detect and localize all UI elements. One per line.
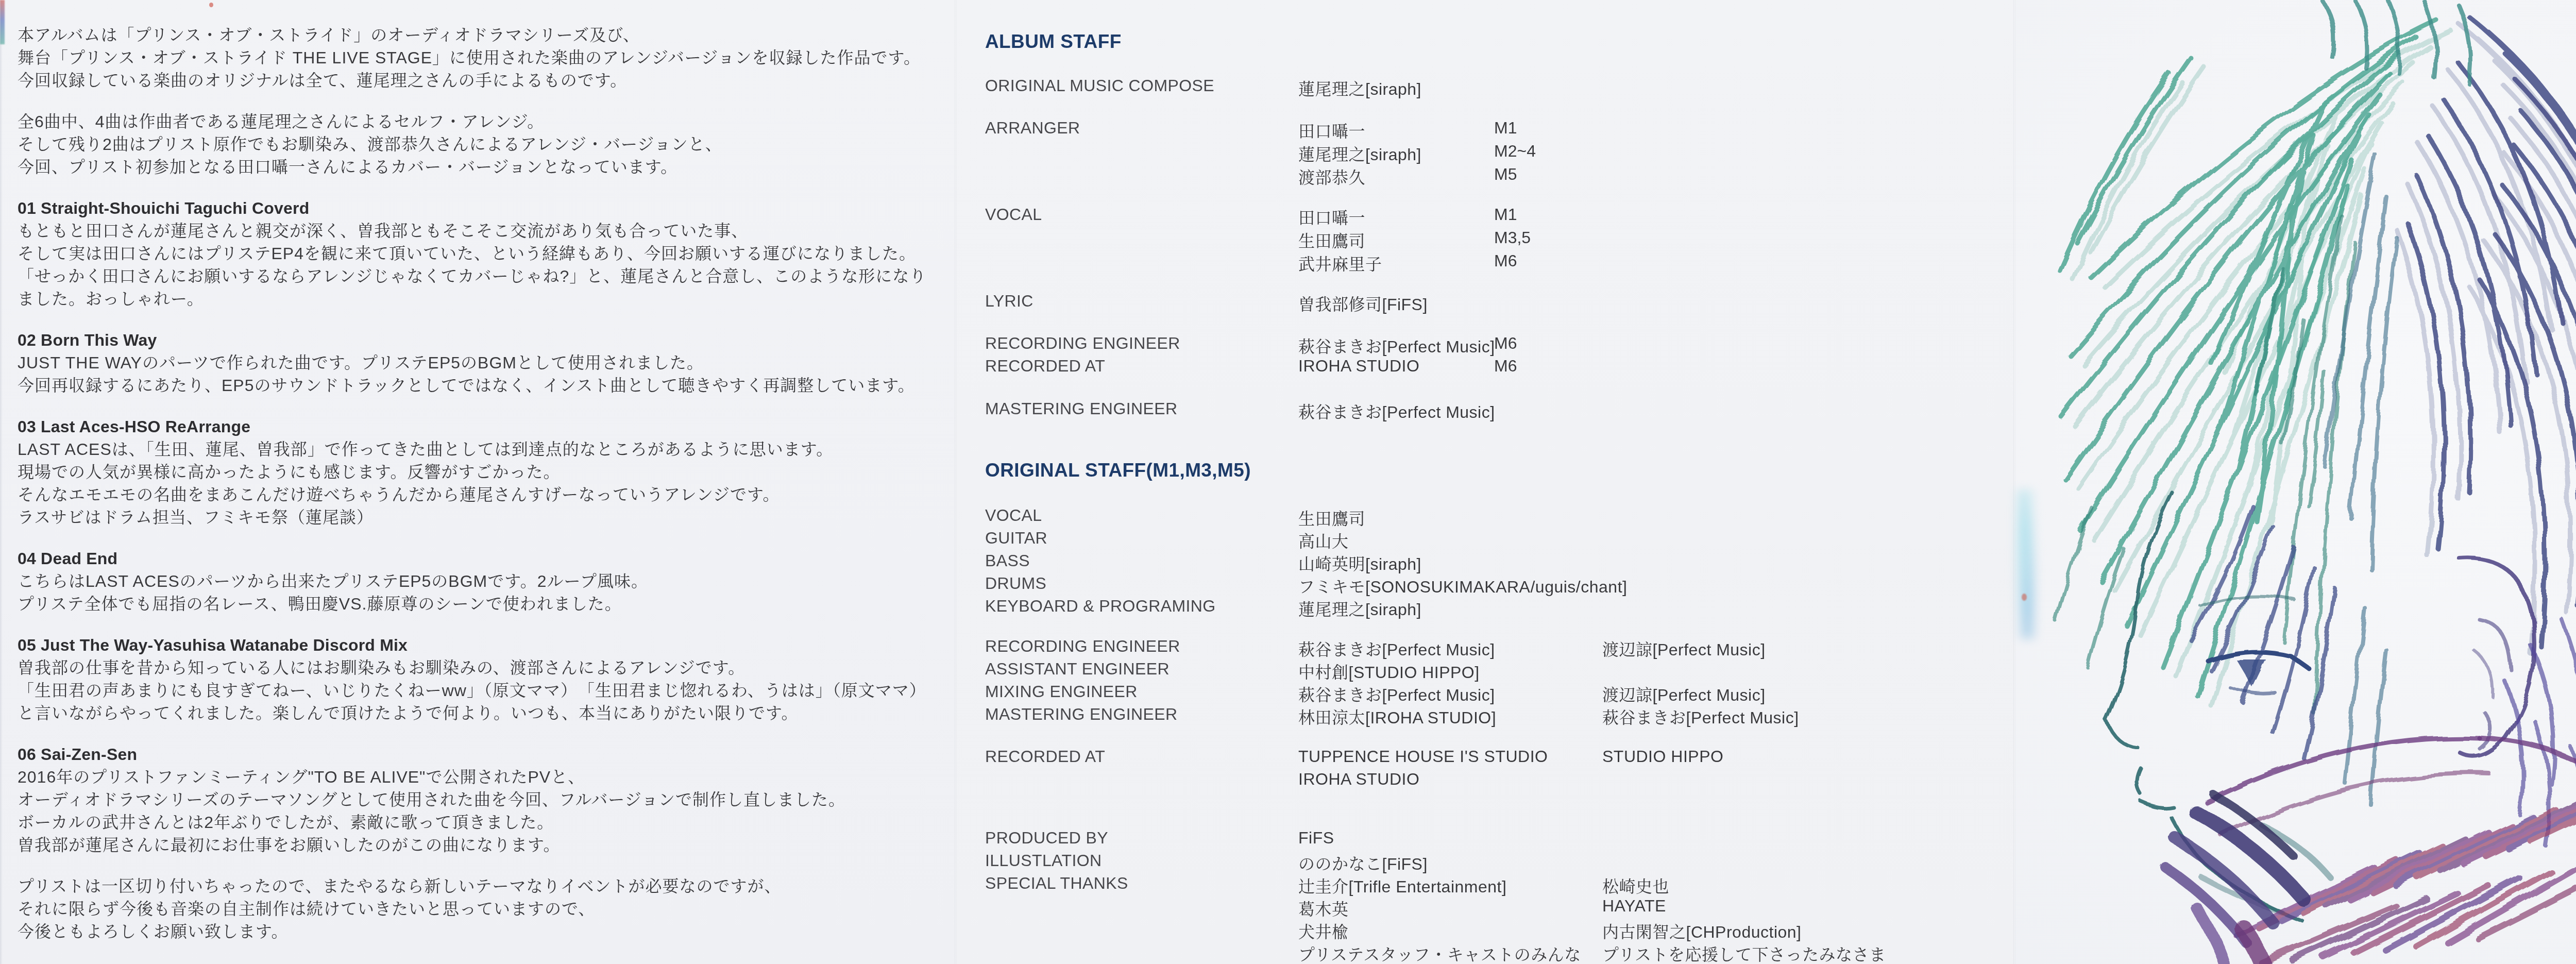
liner-paragraph: 06 Sai-Zen-Sen2016年のプリストファンミーティング"TO BE … bbox=[18, 743, 935, 856]
credit-row: VOCAL田口囁一M1 bbox=[956, 205, 2014, 228]
booklet-scan: 本アルバムは「プリンス・オブ・ストライド」のオーディオドラマシリーズ及び、舞台「… bbox=[0, 0, 2576, 964]
credit-name-secondary: STUDIO HIPPO bbox=[1602, 747, 1723, 766]
liner-line: 今回、プリスト初参加となる田口囁一さんによるカバー・バージョンとなっています。 bbox=[18, 156, 935, 178]
liner-paragraph: 本アルバムは「プリンス・オブ・ストライド」のオーディオドラマシリーズ及び、舞台「… bbox=[18, 24, 935, 92]
liner-notes-text: 本アルバムは「プリンス・オブ・ストライド」のオーディオドラマシリーズ及び、舞台「… bbox=[18, 24, 935, 961]
credit-name: 生田鷹司 bbox=[1298, 228, 1365, 252]
track-title: 04 Dead End bbox=[18, 547, 935, 570]
credit-name: 蓮尾理之[siraph] bbox=[1298, 597, 1421, 620]
credit-track-note: M6 bbox=[1494, 357, 1517, 376]
liner-line: 曽我部が蓮尾さんに最初にお仕事をお願いしたのがこの曲になります。 bbox=[18, 834, 935, 856]
liner-line: 曽我部の仕事を昔から知っている人にはお馴染みもお馴染みの、渡部さんによるアレンジ… bbox=[18, 656, 935, 679]
credit-name: 山崎英明[siraph] bbox=[1298, 551, 1421, 575]
credit-row: IROHA STUDIO bbox=[956, 770, 2014, 792]
liner-line: そして残り2曲はプリスト原作でもお馴染み、渡部恭久さんによるアレンジ・バージョン… bbox=[18, 133, 935, 156]
liner-line: ラスサビはドラム担当、フミキモ祭（蓮尾談） bbox=[18, 506, 935, 529]
credit-track-note: M5 bbox=[1494, 165, 1517, 184]
liner-line: プリストは一区切り付いちゃったので、またやるなら新しいテーマなりイベントが必要な… bbox=[18, 875, 935, 898]
liner-paragraph: 02 Born This WayJUST THE WAYのパーツで作られた曲です… bbox=[18, 329, 935, 397]
credit-name: 萩谷まきお[Perfect Music] bbox=[1298, 637, 1495, 661]
liner-line: 「生田君の声あまりにも良すぎてねー、いじりたくねーww」（原文ママ） 「生田君ま… bbox=[18, 679, 935, 702]
credit-name: 武井麻里子 bbox=[1298, 251, 1382, 275]
fold-crease-right bbox=[2013, 0, 2015, 964]
credit-name: 田口囁一 bbox=[1298, 205, 1365, 229]
track-title: 03 Last Aces-HSO ReArrange bbox=[18, 415, 935, 438]
credit-name: 生田鷹司 bbox=[1298, 506, 1365, 530]
liner-paragraph: 05 Just The Way-Yasuhisa Watanabe Discor… bbox=[18, 634, 935, 724]
liner-line: 今回収録している楽曲のオリジナルは全て、蓮尾理之さんの手によるものです。 bbox=[18, 69, 935, 92]
credit-row: MASTERING ENGINEER林田涼太[IROHA STUDIO]萩谷まき… bbox=[956, 705, 2014, 728]
liner-paragraph: プリストは一区切り付いちゃったので、またやるなら新しいテーマなりイベントが必要な… bbox=[18, 875, 935, 943]
credit-row: MASTERING ENGINEER萩谷まきお[Perfect Music] bbox=[956, 399, 2014, 422]
liner-line: 今回再収録するにあたり、EP5のサウンドトラックとしてではなく、インスト曲として… bbox=[18, 374, 935, 397]
liner-paragraph: 全6曲中、4曲は作曲者である蓮尾理之さんによるセルフ・アレンジ。そして残り2曲は… bbox=[18, 110, 935, 178]
scan-speck bbox=[209, 3, 213, 7]
credit-row: MIXING ENGINEER萩谷まきお[Perfect Music]渡辺諒[P… bbox=[956, 682, 2014, 705]
credit-name: ののかなこ[FiFS] bbox=[1298, 851, 1428, 875]
credit-name: 犬井楡 bbox=[1298, 919, 1349, 943]
credit-row: DRUMSフミキモ[SONOSUKIMAKARA/uguis/chant] bbox=[956, 574, 2014, 597]
credit-label: MIXING ENGINEER bbox=[985, 682, 1138, 701]
credit-track-note: M1 bbox=[1494, 205, 1517, 224]
credit-row: RECORDED ATIROHA STUDIOM6 bbox=[956, 357, 2014, 379]
credit-name-secondary: 内古閑智之[CHProduction] bbox=[1602, 919, 1802, 943]
scan-speck bbox=[2022, 594, 2027, 601]
credit-row: GUITAR高山大 bbox=[956, 529, 2014, 551]
credit-label: ARRANGER bbox=[985, 119, 1080, 138]
credit-name-secondary: プリストを応援して下さったみなさま bbox=[1602, 942, 1886, 964]
credit-name: TUPPENCE HOUSE I'S STUDIO bbox=[1298, 747, 1548, 766]
credit-row: ASSISTANT ENGINEER中村創[STUDIO HIPPO] bbox=[956, 659, 2014, 682]
liner-line: 2016年のプリストファンミーティング"TO BE ALIVE"で公開されたPV… bbox=[18, 766, 935, 788]
credit-label: PRODUCED BY bbox=[985, 828, 1108, 848]
credit-name-secondary: 松崎史也 bbox=[1602, 874, 1669, 898]
credit-name: 蓮尾理之[siraph] bbox=[1298, 142, 1421, 165]
credit-row: RECORDING ENGINEER萩谷まきお[Perfect Music]渡辺… bbox=[956, 637, 2014, 659]
credit-row: 蓮尾理之[siraph]M2~4 bbox=[956, 142, 2014, 164]
character-sketch bbox=[2014, 0, 2576, 964]
credit-name-secondary: 渡辺諒[Perfect Music] bbox=[1602, 682, 1766, 706]
liner-line: そんなエモエモの名曲をまあこんだけ遊べちゃうんだから蓮尾さんすげーなっていうアレ… bbox=[18, 483, 935, 506]
credit-row: BASS山崎英明[siraph] bbox=[956, 551, 2014, 574]
credit-name: 林田涼太[IROHA STUDIO] bbox=[1298, 705, 1496, 729]
liner-line: と言いながらやってくれました。楽しんで頂けたようで何より。いつも、本当にありがた… bbox=[18, 702, 935, 724]
liner-line: ボーカルの武井さんとは2年ぶりでしたが、素敵に歌って頂きました。 bbox=[18, 811, 935, 834]
liner-line: LAST ACESは、「生田、蓮尾、曽我部」で作ってきた曲としては到達点的なとこ… bbox=[18, 438, 935, 461]
credit-row: ORIGINAL MUSIC COMPOSE蓮尾理之[siraph] bbox=[956, 76, 2014, 99]
credit-row: SPECIAL THANKS辻圭介[Trifle Entertainment]松… bbox=[956, 874, 2014, 897]
credit-row: RECORDED ATTUPPENCE HOUSE I'S STUDIOSTUD… bbox=[956, 747, 2014, 770]
credit-row: プリステスタッフ・キャストのみんなプリストを応援して下さったみなさま bbox=[956, 942, 2014, 964]
credit-row: 武井麻里子M6 bbox=[956, 251, 2014, 274]
credit-track-note: M1 bbox=[1494, 119, 1517, 138]
credit-row: PRODUCED BYFiFS bbox=[956, 828, 2014, 851]
track-title: 05 Just The Way-Yasuhisa Watanabe Discor… bbox=[18, 634, 935, 656]
credit-label: SPECIAL THANKS bbox=[985, 874, 1128, 893]
scan-corner-artifact bbox=[0, 0, 5, 44]
liner-line: そして実は田口さんにはプリステEP4を観に来て頂いていた、という経緯もあり、今回… bbox=[18, 242, 935, 265]
credit-label: VOCAL bbox=[985, 205, 1042, 224]
credit-row: VOCAL生田鷹司 bbox=[956, 506, 2014, 529]
liner-line: こちらはLAST ACESのパーツから出来たプリステEP5のBGMです。2ループ… bbox=[18, 570, 935, 593]
credit-row: RECORDING ENGINEER萩谷まきお[Perfect Music]M6 bbox=[956, 334, 2014, 357]
liner-line: 全6曲中、4曲は作曲者である蓮尾理之さんによるセルフ・アレンジ。 bbox=[18, 110, 935, 133]
credit-name-secondary: 渡辺諒[Perfect Music] bbox=[1602, 637, 1766, 661]
album-staff-heading: ALBUM STAFF bbox=[985, 31, 1122, 53]
credit-name: 曽我部修司[FiFS] bbox=[1298, 292, 1428, 315]
credit-label: RECORDED AT bbox=[985, 357, 1105, 376]
credit-label: BASS bbox=[985, 551, 1030, 570]
credit-label: KEYBOARD & PROGRAMING bbox=[985, 597, 1216, 616]
credit-row: 渡部恭久M5 bbox=[956, 165, 2014, 188]
liner-paragraph: 03 Last Aces-HSO ReArrangeLAST ACESは、「生田… bbox=[18, 415, 935, 529]
liner-paragraph: 04 Dead EndこちらはLAST ACESのパーツから出来たプリステEP5… bbox=[18, 547, 935, 615]
liner-line: オーディオドラマシリーズのテーマソングとして使用された曲を今回、フルバージョンで… bbox=[18, 788, 935, 811]
credit-name: 萩谷まきお[Perfect Music] bbox=[1298, 334, 1495, 358]
credit-label: ASSISTANT ENGINEER bbox=[985, 659, 1170, 679]
credit-row: 犬井楡内古閑智之[CHProduction] bbox=[956, 919, 2014, 942]
original-staff-heading: ORIGINAL STAFF(M1,M3,M5) bbox=[985, 460, 1251, 481]
liner-line: 現場での人気が異様に高かったようにも感じます。反響がすごかった。 bbox=[18, 461, 935, 483]
liner-notes-panel: 本アルバムは「プリンス・オブ・ストライド」のオーディオドラマシリーズ及び、舞台「… bbox=[0, 0, 956, 964]
artwork-panel: :afterword POS ARRANGE SOUNDTRACKS ORIGI… bbox=[2014, 0, 2576, 964]
credit-label: LYRIC bbox=[985, 292, 1033, 311]
liner-line: JUST THE WAYのパーツで作られた曲です。プリステEP5のBGMとして使… bbox=[18, 351, 935, 374]
credit-track-note: M6 bbox=[1494, 251, 1517, 270]
fold-crease-left bbox=[955, 0, 957, 964]
credit-track-note: M2~4 bbox=[1494, 142, 1536, 161]
credit-track-note: M3,5 bbox=[1494, 228, 1531, 247]
liner-line: それに限らず今後も音楽の自主制作は続けていきたいと思っていますので、 bbox=[18, 898, 935, 920]
track-title: 06 Sai-Zen-Sen bbox=[18, 743, 935, 766]
credit-row: KEYBOARD & PROGRAMING蓮尾理之[siraph] bbox=[956, 597, 2014, 619]
credit-row: ILLUSTLATIONののかなこ[FiFS] bbox=[956, 851, 2014, 874]
credit-label: RECORDING ENGINEER bbox=[985, 637, 1180, 656]
credit-row: LYRIC曽我部修司[FiFS] bbox=[956, 292, 2014, 314]
liner-line: 本アルバムは「プリンス・オブ・ストライド」のオーディオドラマシリーズ及び、 bbox=[18, 24, 935, 46]
credit-name-secondary: 萩谷まきお[Perfect Music] bbox=[1602, 705, 1799, 729]
credit-name: 渡部恭久 bbox=[1298, 165, 1365, 189]
track-title: 01 Straight-Shouichi Taguchi Coverd bbox=[18, 197, 935, 219]
credit-name: 田口囁一 bbox=[1298, 119, 1365, 142]
credit-name: 辻圭介[Trifle Entertainment] bbox=[1298, 874, 1506, 898]
credit-name: IROHA STUDIO bbox=[1298, 357, 1419, 376]
liner-line: 「せっかく田口さんにお願いするならアレンジじゃなくてカバーじゃね?」と、蓮尾さん… bbox=[18, 265, 935, 310]
credit-name: 葛木英 bbox=[1298, 897, 1349, 920]
liner-line: 今後ともよろしくお願い致します。 bbox=[18, 920, 935, 943]
credit-label: GUITAR bbox=[985, 529, 1047, 548]
credit-row: ARRANGER田口囁一M1 bbox=[956, 119, 2014, 141]
credit-name: 萩谷まきお[Perfect Music] bbox=[1298, 399, 1495, 423]
credit-name: プリステスタッフ・キャストのみんな bbox=[1298, 942, 1581, 964]
credit-label: VOCAL bbox=[985, 506, 1042, 525]
credit-label: MASTERING ENGINEER bbox=[985, 705, 1177, 724]
track-title: 02 Born This Way bbox=[18, 329, 935, 351]
scan-edge-shadow-left bbox=[0, 0, 3, 964]
liner-line: 舞台「プリンス・オブ・ストライド THE LIVE STAGE」に使用された楽曲… bbox=[18, 46, 935, 69]
credit-label: DRUMS bbox=[985, 574, 1046, 593]
credit-label: ORIGINAL MUSIC COMPOSE bbox=[985, 76, 1214, 95]
credit-row: 生田鷹司M3,5 bbox=[956, 228, 2014, 251]
liner-line: もともと田口さんが蓮尾さんと親交が深く、曽我部ともそこそこ交流があり気も合ってい… bbox=[18, 219, 935, 242]
scan-color-smear bbox=[2015, 489, 2037, 639]
credit-name: 蓮尾理之[siraph] bbox=[1298, 76, 1421, 100]
credit-label: RECORDED AT bbox=[985, 747, 1105, 766]
credit-label: RECORDING ENGINEER bbox=[985, 334, 1180, 353]
credit-name: 高山大 bbox=[1298, 529, 1349, 552]
credit-name: IROHA STUDIO bbox=[1298, 770, 1419, 789]
credit-name: 萩谷まきお[Perfect Music] bbox=[1298, 682, 1495, 706]
credit-label: ILLUSTLATION bbox=[985, 851, 1102, 870]
credit-name: フミキモ[SONOSUKIMAKARA/uguis/chant] bbox=[1298, 574, 1627, 598]
credit-name: FiFS bbox=[1298, 828, 1334, 848]
credits-panel: ALBUM STAFF ORIGINAL STAFF(M1,M3,M5) ORI… bbox=[956, 0, 2014, 964]
liner-line: プリステ全体でも屈指の名レース、鴨田慶VS.藤原尊のシーンで使われました。 bbox=[18, 593, 935, 615]
credit-name-secondary: HAYATE bbox=[1602, 897, 1666, 916]
credit-track-note: M6 bbox=[1494, 334, 1517, 353]
credit-label: MASTERING ENGINEER bbox=[985, 399, 1177, 418]
liner-paragraph: 01 Straight-Shouichi Taguchi Coverdもともと田… bbox=[18, 197, 935, 310]
credit-row: 葛木英HAYATE bbox=[956, 897, 2014, 919]
credit-name: 中村創[STUDIO HIPPO] bbox=[1298, 659, 1480, 683]
